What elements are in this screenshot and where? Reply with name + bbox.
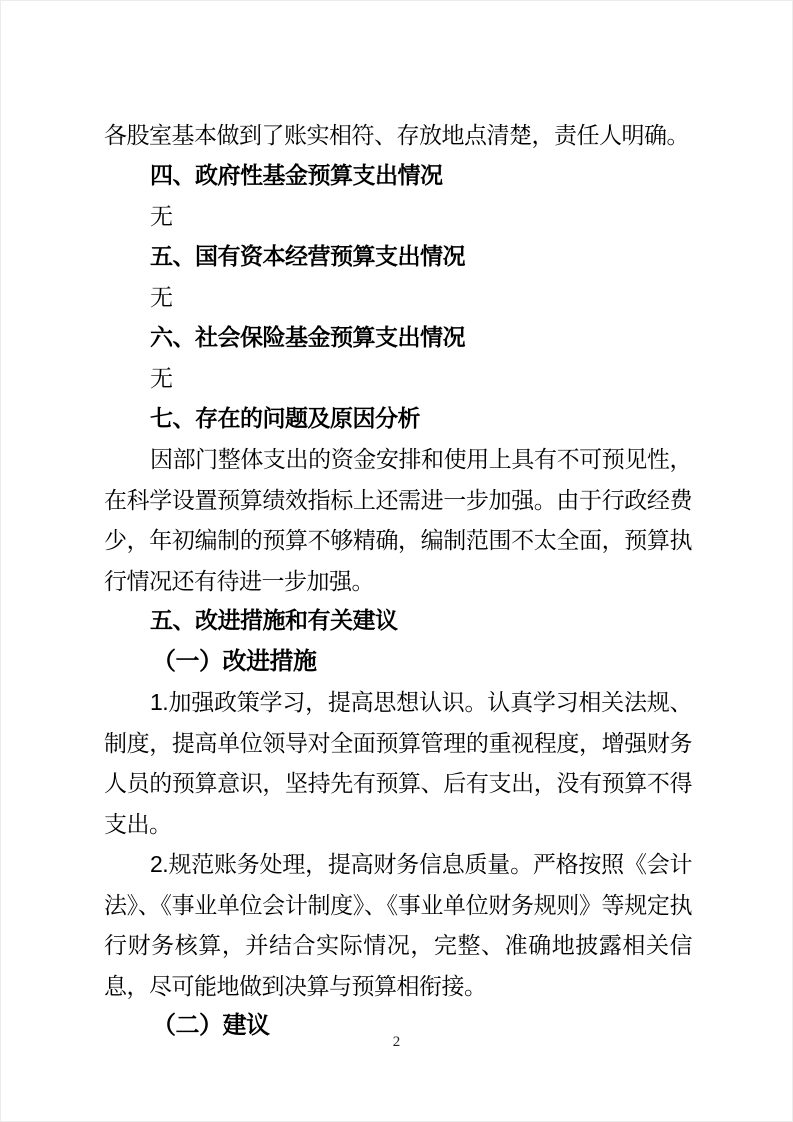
heading-sub-1-improvement-measures: （一）改进措施 xyxy=(104,642,692,683)
paragraph-none-1: 无 xyxy=(104,196,692,237)
paragraph-problems: 因部门整体支出的资金安排和使用上具有不可预见性，在科学设置预算绩效指标上还需进一… xyxy=(104,439,692,601)
paragraph-none-3: 无 xyxy=(104,358,692,399)
heading-improvement-suggestions: 五、改进措施和有关建议 xyxy=(104,601,692,642)
document-body: 各股室基本做到了账实相符、存放地点清楚，责任人明确。 四、政府性基金预算支出情况… xyxy=(104,115,692,1047)
document-page: 各股室基本做到了账实相符、存放地点清楚，责任人明确。 四、政府性基金预算支出情况… xyxy=(0,0,793,1122)
heading-section-5-state-capital-budget: 五、国有资本经营预算支出情况 xyxy=(104,237,692,278)
paragraph-carryover: 各股室基本做到了账实相符、存放地点清楚，责任人明确。 xyxy=(104,115,692,156)
paragraph-measure-2: 2.规范账务处理，提高财务信息质量。严格按照《会计法》、《事业单位会计制度》、《… xyxy=(104,844,692,1006)
paragraph-measure-1: 1.加强政策学习，提高思想认识。认真学习相关法规、制度，提高单位领导对全面预算管… xyxy=(104,682,692,844)
paragraph-none-2: 无 xyxy=(104,277,692,318)
heading-section-4-gov-fund-budget: 四、政府性基金预算支出情况 xyxy=(104,156,692,197)
page-number: 2 xyxy=(1,1032,792,1052)
heading-section-7-problems-analysis: 七、存在的问题及原因分析 xyxy=(104,399,692,440)
heading-section-6-social-insurance-budget: 六、社会保险基金预算支出情况 xyxy=(104,318,692,359)
